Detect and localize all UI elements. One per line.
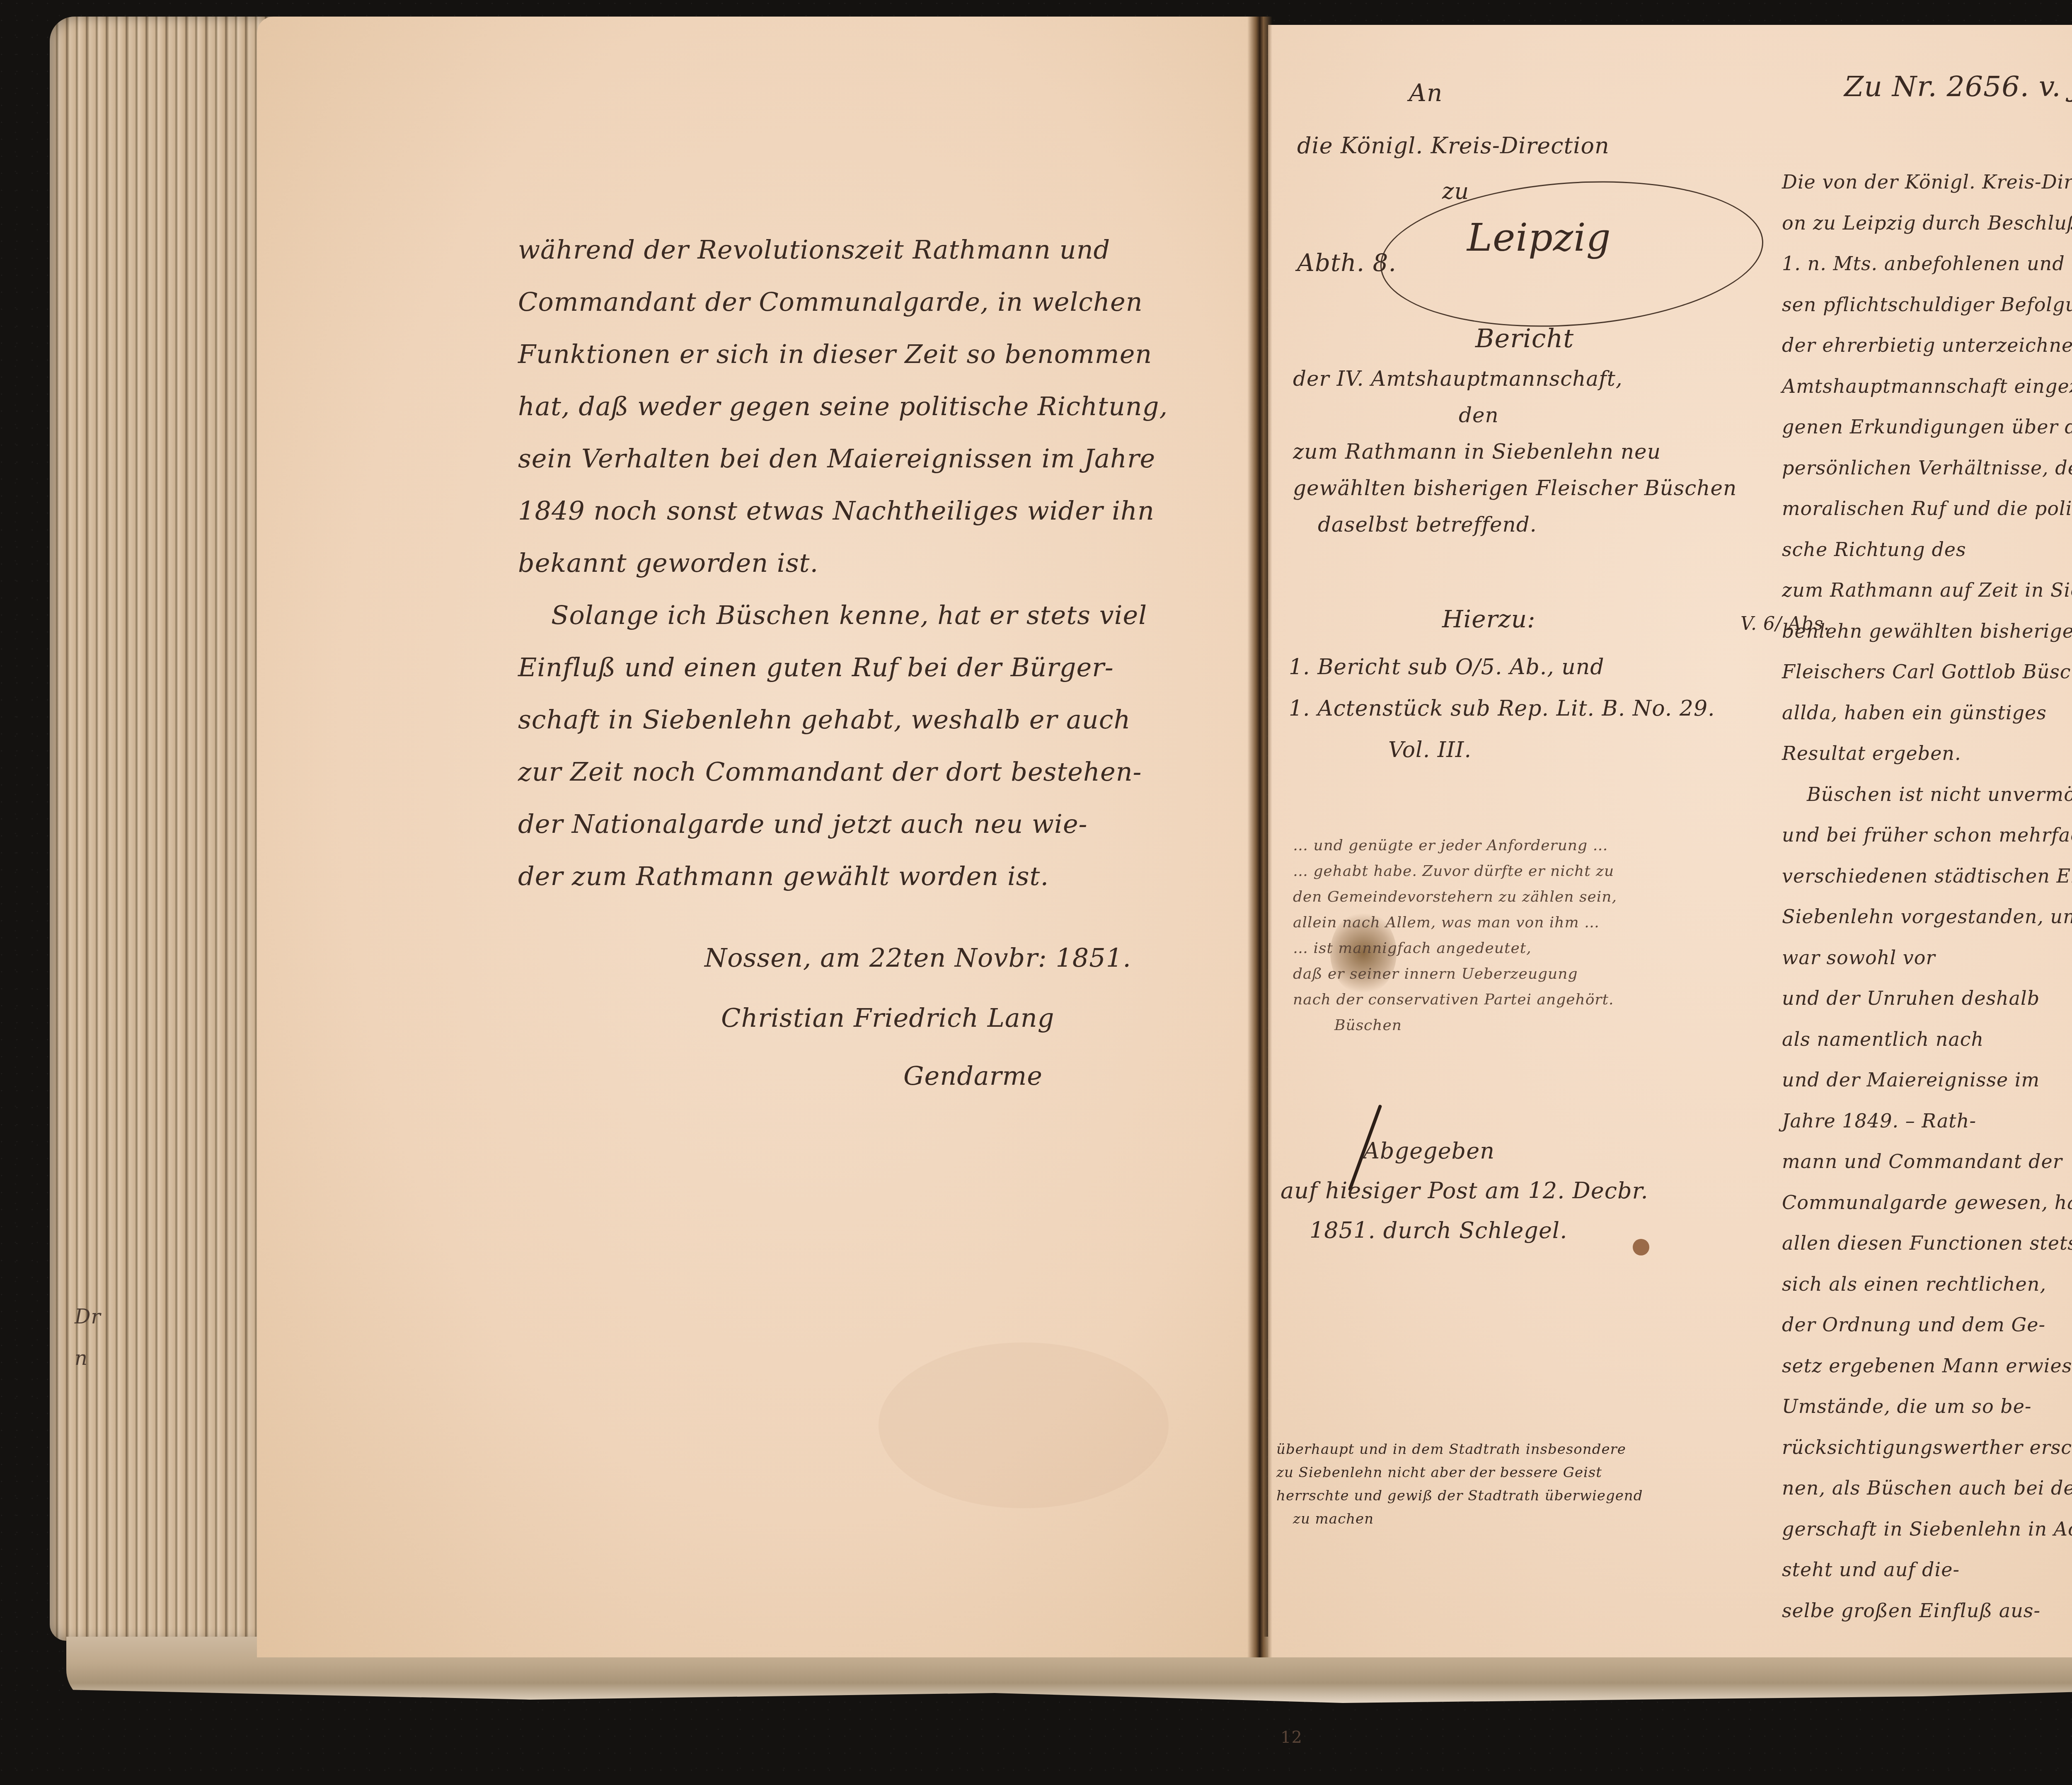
text-line: verschiedenen städtischen Ehrenämtern in — [1782, 856, 2072, 897]
enclosures-heading: Hierzu: — [1442, 605, 1536, 633]
draft-line: … und genügte er jeder Anforderung … — [1293, 833, 1617, 859]
signature: Christian Friedrich Lang — [721, 1003, 1054, 1033]
text-line: Umstände, die um so be- — [1782, 1386, 2072, 1427]
text-line: Büschen ist nicht unvermögend — [1782, 774, 2072, 815]
gutter-pencil-mark: 12 — [1280, 1728, 1302, 1747]
lower-note: überhaupt und in dem Stadtrath insbesond… — [1276, 1438, 1643, 1531]
text-line: sich als einen rechtlichen, — [1782, 1264, 2072, 1305]
dispatch-line: 1851. durch Schlegel. — [1280, 1211, 1648, 1250]
right-main-text: Die von der Königl. Kreis-Directi- on zu… — [1782, 162, 2072, 1631]
address-city: Leipzig — [1467, 215, 1611, 260]
draft-line: daß er seiner innern Ueberzeugung — [1293, 961, 1617, 987]
text-line: als namentlich nach — [1782, 1019, 2072, 1060]
draft-line: den Gemeindevorstehern zu zählen sein, — [1293, 884, 1617, 910]
text-line: Einfluß und einen guten Ruf bei der Bürg… — [518, 641, 1168, 694]
enclosure-line: 1. Actenstück sub Rep. Lit. B. No. 29. — [1289, 688, 1715, 729]
text-line: genen Erkundigungen über die — [1782, 406, 2072, 447]
subject-line: zum Rathmann in Siebenlehn neu — [1293, 433, 1737, 470]
text-line: selbe großen Einfluß aus- — [1782, 1590, 2072, 1631]
text-line: Siebenlehn vorgestanden, und — [1782, 896, 2072, 937]
enclosure-line: 1. Bericht sub O/5. Ab., und — [1289, 646, 1715, 688]
text-line: hat, daß weder gegen seine politische Ri… — [518, 380, 1168, 433]
text-line: schaft in Siebenlehn gehabt, weshalb er … — [518, 694, 1168, 746]
text-line: der Ordnung und dem Ge- — [1782, 1304, 2072, 1345]
text-line: benlehn gewählten bisherigen — [1782, 611, 2072, 652]
text-line: Jahre 1849. – Rath- — [1782, 1101, 2072, 1142]
text-line: 1849 noch sonst etwas Nachtheiliges wide… — [518, 485, 1168, 537]
text-line: und bei früher schon mehrfach — [1782, 815, 2072, 856]
address-prefix: An — [1409, 79, 1443, 107]
enclosure-line: Vol. III. — [1289, 729, 1715, 771]
text-line: Communalgarde gewesen, hat er — [1782, 1182, 2072, 1223]
text-line: on zu Leipzig durch Beschluß vom — [1782, 203, 2072, 244]
text-line: gerschaft in Siebenlehn in Achtung — [1782, 1509, 2072, 1550]
subject-heading: Bericht — [1475, 323, 1574, 353]
text-line: allda, haben ein günstiges — [1782, 692, 2072, 733]
enclosures-lines: 1. Bericht sub O/5. Ab., und 1. Actenstü… — [1289, 646, 1715, 771]
lower-note-line: überhaupt und in dem Stadtrath insbesond… — [1276, 1438, 1643, 1461]
subject-line: daselbst betreffend. — [1293, 506, 1737, 543]
dispatch-note: Abgegeben auf hiesiger Post am 12. Decbr… — [1280, 1131, 1648, 1250]
text-line: nen, als Büschen auch bei der Bür- — [1782, 1468, 2072, 1509]
water-stain — [879, 1342, 1169, 1508]
subject-line: den — [1293, 397, 1737, 433]
draft-line: nach der conservativen Partei angehört. — [1293, 987, 1617, 1013]
text-line: allen diesen Functionen stets — [1782, 1223, 2072, 1264]
text-line: und der Maiereignisse im — [1782, 1059, 2072, 1101]
draft-note: … und genügte er jeder Anforderung … … g… — [1293, 833, 1617, 1038]
text-line: Resultat ergeben. — [1782, 733, 2072, 774]
place-date-line: Nossen, am 22ten Novbr: 1851. — [704, 943, 1131, 973]
text-line: bekannt geworden ist. — [518, 537, 1168, 589]
draft-line: Büschen — [1293, 1013, 1617, 1038]
text-line: Commandant der Communalgarde, in welchen — [518, 276, 1168, 328]
text-line: setz ergebenen Mann erwiesen; — [1782, 1345, 2072, 1386]
text-line: der Nationalgarde und jetzt auch neu wie… — [518, 798, 1168, 850]
lower-note-line: herrschte und gewiß der Stadtrath überwi… — [1276, 1484, 1643, 1507]
text-line: zum Rathmann auf Zeit in Sie- — [1782, 570, 2072, 611]
text-line: moralischen Ruf und die politi- — [1782, 488, 2072, 529]
edge-fragment: Dr — [75, 1305, 101, 1328]
text-line: rücksichtigungswerther erschei- — [1782, 1427, 2072, 1468]
text-line: während der Revolutionszeit Rathmann und — [518, 224, 1168, 276]
text-line: sen pflichtschuldiger Befolgung von — [1782, 284, 2072, 325]
text-line: persönlichen Verhältnisse, den — [1782, 447, 2072, 489]
text-line: der zum Rathmann gewählt worden ist. — [518, 850, 1168, 902]
text-line: Funktionen er sich in dieser Zeit so ben… — [518, 328, 1168, 380]
text-line: steht und auf die- — [1782, 1549, 2072, 1590]
signature-title: Gendarme — [903, 1061, 1043, 1091]
subject-line: der IV. Amtshauptmannschaft, — [1293, 360, 1737, 397]
left-page-body: während der Revolutionszeit Rathmann und… — [518, 224, 1168, 902]
file-reference: Zu Nr. 2656. v. J. 51. — [1844, 70, 2072, 103]
office-mark: Abth. 8. — [1297, 249, 1397, 277]
text-line: mann und Commandant der — [1782, 1141, 2072, 1182]
subject-lines: der IV. Amtshauptmannschaft, den zum Rat… — [1293, 360, 1737, 543]
text-line: 1. n. Mts. anbefohlenen und in des- — [1782, 243, 2072, 284]
edge-fragment: n — [75, 1347, 88, 1370]
text-line: sche Richtung des — [1782, 529, 2072, 570]
text-line: Solange ich Büschen kenne, hat er stets … — [518, 589, 1168, 641]
draft-line: … ist mannigfach angedeutet, — [1293, 936, 1617, 961]
text-line: Fleischers Carl Gottlob Büschen — [1782, 651, 2072, 692]
book-gutter — [1247, 17, 1272, 1657]
lower-note-line: zu Siebenlehn nicht aber der bessere Gei… — [1276, 1461, 1643, 1484]
dispatch-line: Abgegeben — [1280, 1131, 1648, 1171]
text-line: sein Verhalten bei den Maiereignissen im… — [518, 433, 1168, 485]
text-line: zur Zeit noch Commandant der dort besteh… — [518, 746, 1168, 798]
text-line: war sowohl vor — [1782, 937, 2072, 978]
lower-note-line: zu machen — [1276, 1507, 1643, 1531]
dispatch-line: auf hiesiger Post am 12. Decbr. — [1280, 1171, 1648, 1211]
text-line: der ehrerbietig unterzeichneten — [1782, 325, 2072, 366]
draft-line: allein nach Allem, was man von ihm … — [1293, 910, 1617, 936]
subject-line: gewählten bisherigen Fleischer Büschen — [1293, 470, 1737, 506]
text-line: und der Unruhen deshalb — [1782, 978, 2072, 1019]
text-line: Amtshauptmannschaft eingezo- — [1782, 366, 2072, 407]
draft-line: … gehabt habe. Zuvor dürfte er nicht zu — [1293, 859, 1617, 884]
text-line: Die von der Königl. Kreis-Directi- — [1782, 162, 2072, 203]
address-recipient: die Königl. Kreis-Direction — [1297, 133, 1610, 159]
